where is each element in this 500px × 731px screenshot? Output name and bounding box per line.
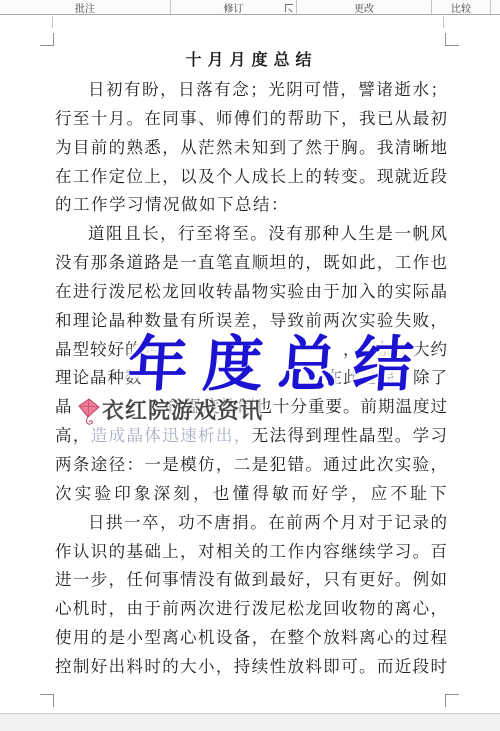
ribbon-group-compare-label: 比较 xyxy=(451,0,471,15)
text-boundary-mark-bottom-left xyxy=(40,694,54,707)
text-fragment: 高， xyxy=(55,426,91,445)
ribbon-group-changes-label: 更改 xyxy=(354,0,374,15)
text-line: 使用的是小型离心机设备，在整个放料离心的过程中，只需 xyxy=(55,624,448,653)
page-edge-tick-right xyxy=(443,16,444,28)
text-line: 道阻且长，行至将至。没有那种人生是一帆风顺的，也 xyxy=(55,220,448,249)
ribbon-bar: 批注 修订 更改 比较 xyxy=(0,0,500,15)
text-boundary-mark-top-right xyxy=(445,33,459,46)
text-line: 高，造成晶体迅速析出，无法得到理性晶型。学习主要通过 xyxy=(55,422,448,451)
ribbon-group-tracking: 修订 xyxy=(171,0,297,14)
ribbon-group-compare: 比较 xyxy=(432,0,491,14)
text-line: 日初有盼，日落有念；光阴可惜，譬诸逝水；走过三月， xyxy=(55,76,448,105)
text-line: 的工作学习情况做如下总结： xyxy=(55,191,448,220)
document-title: 十月月度总结 xyxy=(55,47,448,70)
text-boundary-mark-top-left xyxy=(40,33,54,46)
text-line: 心机时，由于前两次进行泼尼松龙回收物的离心，物料较少， xyxy=(55,595,448,624)
text-line: 为目前的熟悉，从茫然未知到了然于胸。我清晰地认识自己 xyxy=(55,134,448,163)
watermark-text: 年度总结 xyxy=(125,328,430,402)
text-line: 日拱一卒，功不唐捐。在前两个月对于记录的学习，操 xyxy=(55,509,448,538)
text-line: 作认识的基础上，对相关的工作内容继续学习。百尺竿头更 xyxy=(55,538,448,567)
kite-icon xyxy=(76,397,104,427)
text-line: 控制好出料时的大小，持续性放料即可。而近段时间在进行 xyxy=(55,653,448,682)
text-boundary-mark-bottom-right xyxy=(445,694,459,707)
dialog-launcher-icon[interactable] xyxy=(285,4,293,12)
text-line: 进一步，任何事情没有做到最好，只有更好。例如在学习离 xyxy=(55,566,448,595)
text-line: 两条途径：一是模仿，二是犯错。通过此次实验，让我对此 xyxy=(55,451,448,480)
site-logo-text: 衣红院游戏资讯 xyxy=(102,398,263,426)
faded-text-segment: 造成晶体迅速析出， xyxy=(91,426,252,445)
text-line: 行至十月。在同事、师傅们的帮助下，我已从最初的适应转 xyxy=(55,105,448,134)
page-bottom-gap xyxy=(0,713,500,731)
text-line: 没有那条道路是一直笔直顺坦的，既如此，工作也不例外。 xyxy=(55,249,448,278)
text-line: 在工作定位上，以及个人成长上的转变。现就近段时间以来 xyxy=(55,163,448,192)
ribbon-group-changes: 更改 xyxy=(297,0,432,14)
ribbon-group-comments: 批注 xyxy=(0,0,171,14)
ribbon-spacer xyxy=(491,0,500,14)
text-line: 次实验印象深刻，也懂得敏而好学，应不耻下问。 xyxy=(55,480,448,509)
text-fragment: 晶 xyxy=(55,393,73,422)
ribbon-group-comments-label: 批注 xyxy=(75,0,95,15)
text-line: 在进行泼尼松龙回收转晶物实验由于加入的实际晶种数量 xyxy=(55,278,448,307)
page-edge-tick-left xyxy=(52,16,53,28)
ribbon-group-tracking-label: 修订 xyxy=(224,0,244,15)
